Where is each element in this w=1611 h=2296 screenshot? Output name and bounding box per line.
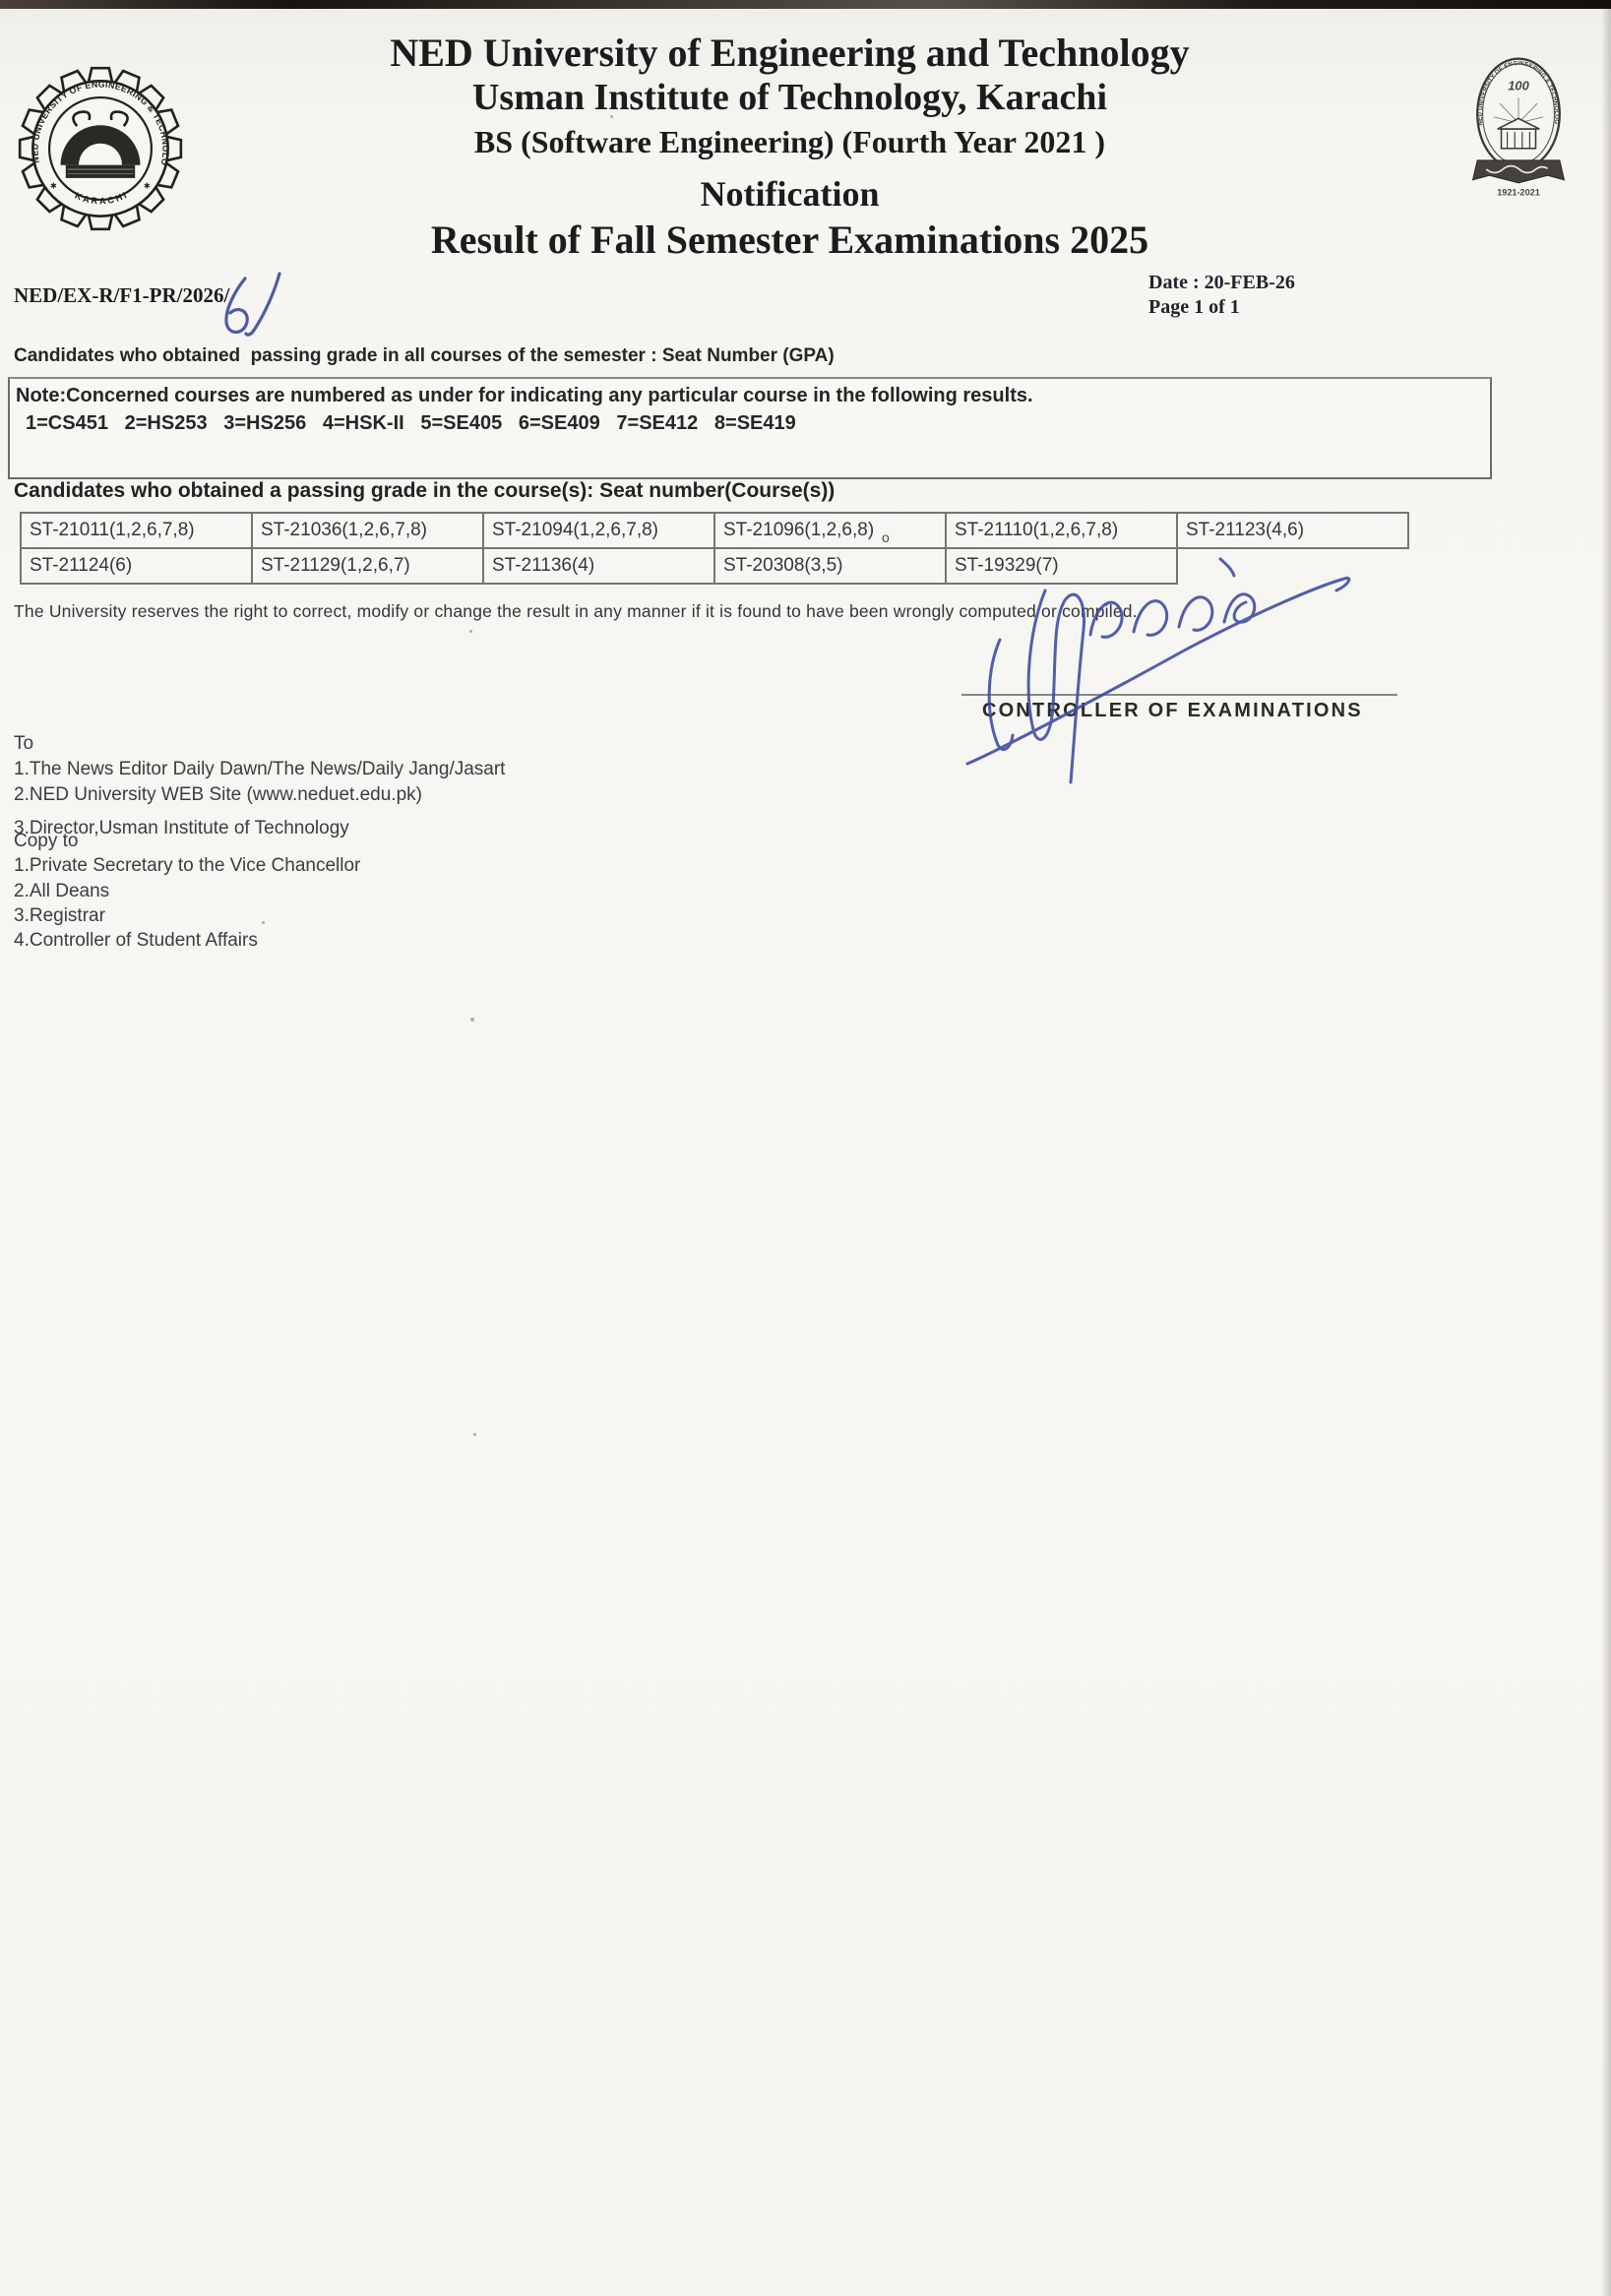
course-section-heading: Candidates who obtained a passing grade … xyxy=(14,479,835,503)
seat-number-cell: ST-21011(1,2,6,7,8) xyxy=(20,512,253,549)
copy-item-all-deans: 2.All Deans xyxy=(14,881,109,902)
institute-title: Usman Institute of Technology, Karachi xyxy=(162,76,1417,119)
scan-speck xyxy=(610,115,613,118)
seat-number-cell: ST-21110(1,2,6,7,8) xyxy=(945,512,1178,549)
seat-number-cell: ST-21096(1,2,6,8) xyxy=(713,512,947,549)
scan-speck xyxy=(469,630,472,633)
note-text: Note:Concerned courses are numbered as u… xyxy=(16,385,1033,407)
scan-speck xyxy=(262,921,265,924)
to-item-website: 2.NED University WEB Site (www.neduet.ed… xyxy=(14,784,422,806)
copy-item-registrar: 3.Registrar xyxy=(14,905,105,927)
gpa-section-heading: Candidates who obtained passing grade in… xyxy=(14,345,835,367)
scanner-top-band xyxy=(0,0,1611,9)
result-title: Result of Fall Semester Examinations 202… xyxy=(162,217,1417,263)
seat-number-cell: ST-21036(1,2,6,7,8) xyxy=(251,512,484,549)
copy-to-label: Copy to xyxy=(14,831,78,852)
ned-centennial-logo: NED UNIVERSITY OF ENGINEERING & TECHNOLO… xyxy=(1439,51,1598,201)
seat-number-cell: ST-21094(1,2,6,7,8) xyxy=(482,512,715,549)
to-label: To xyxy=(14,733,33,755)
seat-number-cell: ST-21123(4,6) xyxy=(1176,512,1409,549)
university-title: NED University of Engineering and Techno… xyxy=(162,30,1417,76)
notification-title: Notification xyxy=(162,173,1417,215)
program-title: BS (Software Engineering) (Fourth Year 2… xyxy=(162,124,1417,160)
copy-item-private-secretary: 1.Private Secretary to the Vice Chancell… xyxy=(14,855,360,877)
seat-number-cell: ST-21129(1,2,6,7) xyxy=(251,547,484,585)
scan-speck xyxy=(470,1018,474,1022)
course-legend-box: Note:Concerned courses are numbered as u… xyxy=(8,377,1492,479)
scanned-notification-page: NED UNIVERSITY OF ENGINEERING & TECHNOLO… xyxy=(0,0,1611,2296)
svg-text:✱: ✱ xyxy=(50,181,57,190)
page-edge-shadow xyxy=(1601,9,1611,2296)
svg-text:✱: ✱ xyxy=(144,181,151,190)
centennial-years: 1921-2021 xyxy=(1497,188,1540,198)
seat-number-cell: ST-21124(6) xyxy=(20,547,253,585)
course-legend: 1=CS451 2=HS253 3=HS256 4=HSK-II 5=SE405… xyxy=(26,412,796,435)
seat-number-cell: ST-21136(4) xyxy=(482,547,715,585)
results-table-row: ST-21011(1,2,6,7,8) ST-21036(1,2,6,7,8) … xyxy=(20,512,1409,549)
to-item-news-editor: 1.The News Editor Daily Dawn/The News/Da… xyxy=(14,759,505,780)
page-number: Page 1 of 1 xyxy=(1148,296,1240,319)
handwritten-serial-65 xyxy=(197,262,305,350)
copy-item-student-affairs: 4.Controller of Student Affairs xyxy=(14,930,258,952)
svg-text:100: 100 xyxy=(1508,79,1529,93)
seat-number-cell: ST-20308(3,5) xyxy=(713,547,947,585)
ned-university-seal-logo: NED UNIVERSITY OF ENGINEERING & TECHNOLO… xyxy=(14,55,187,242)
scan-speck xyxy=(473,1433,476,1436)
handwritten-signature xyxy=(915,546,1427,802)
scan-stray-mark: o xyxy=(882,529,890,545)
date-value: Date : 20-FEB-26 xyxy=(1148,272,1295,294)
